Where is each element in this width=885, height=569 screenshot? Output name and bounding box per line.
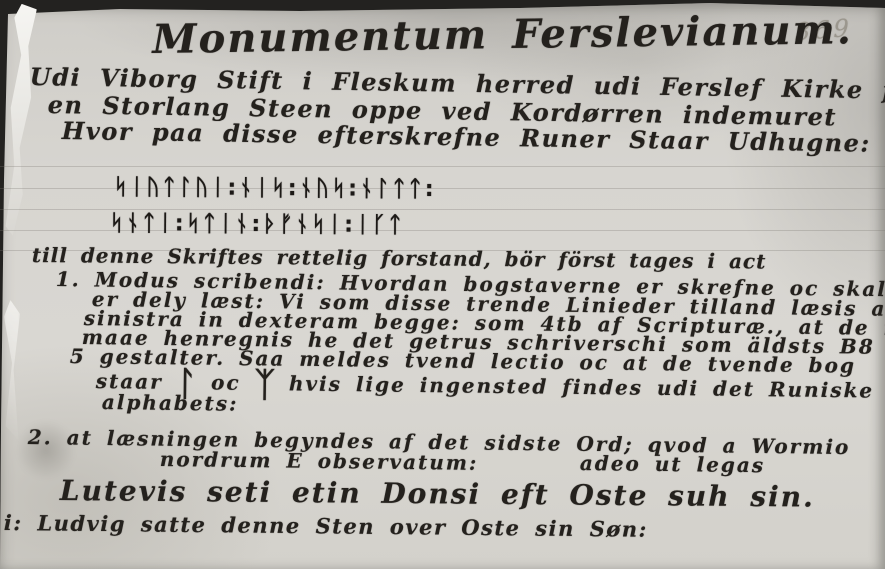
note1-last-line: alphabets: [102, 390, 239, 416]
embedded-rune-z-icon: ᛉ [254, 365, 275, 405]
ruling-line [0, 166, 885, 167]
rune-reading-latin: Lutevis seti etin Donsi eft Oste suh sin… [60, 474, 815, 514]
manuscript-scan: 369 Monumentum Ferslevianum. Udi Viborg … [0, 0, 885, 569]
rune-inscription-line: ᛋᛁᚢᛏᛚᚢᛁ:ᚾᛁᛋ:ᚾᚢᛋ:ᚾᛚᛏᛏ: [114, 175, 437, 202]
manuscript-title: Monumentum Ferslevianum. [152, 6, 853, 63]
note2-line: nordrum E observatum: [160, 447, 479, 475]
note2-line: adeo ut legas [580, 451, 766, 477]
ruling-line [0, 209, 885, 210]
note1-rune-line-post: hvis lige ingensted findes udi det Runis… [289, 371, 874, 402]
rune-inscription-line: ᛋᚾᛏᛁ:ᛋᛏᛁᚾ:ᚦᚠᚾᛋᛁ:ᛁᚴᛏ [110, 211, 405, 238]
